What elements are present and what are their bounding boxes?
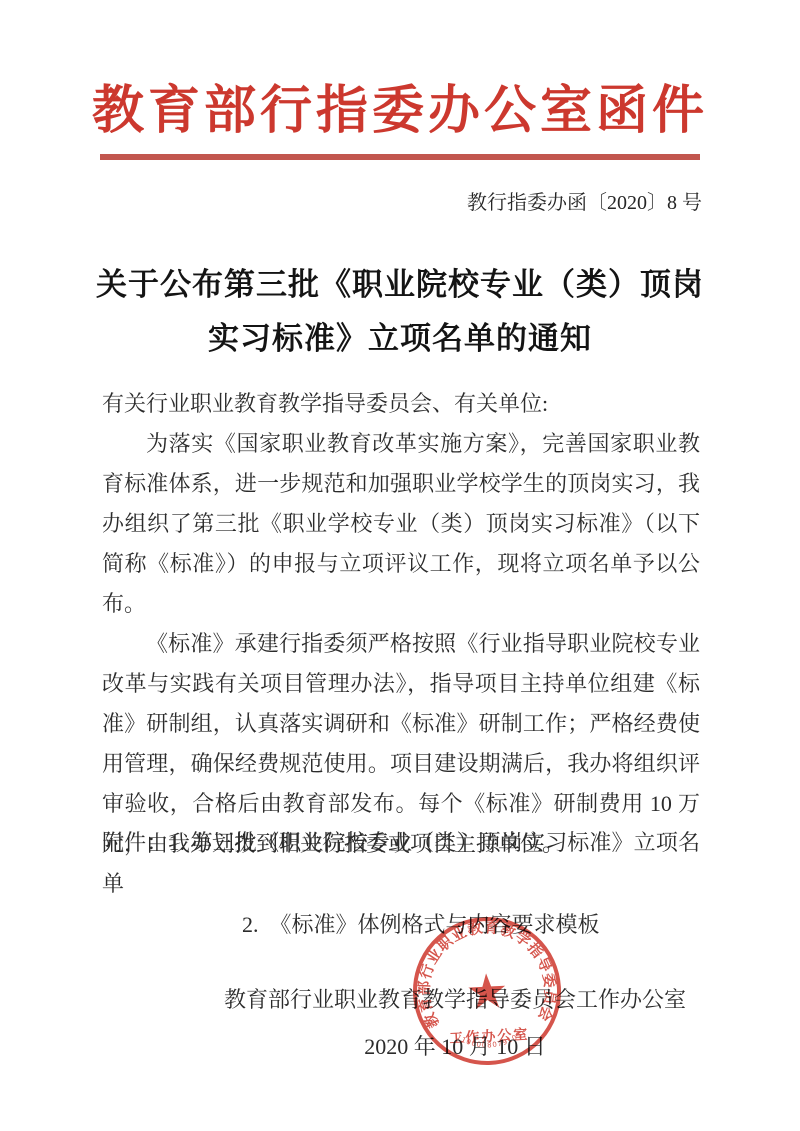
attachment-item-1: 附件：1. 第三批《职业院校专业（类）顶岗实习标准》立项名单 [102,822,700,904]
doc-number: 教行指委办函〔2020〕8 号 [0,186,702,215]
salutation: 有关行业职业教育教学指导委员会、有关单位: [102,384,700,424]
document-title: 关于公布第三批《职业院校专业（类）顶岗 实习标准》立项名单的通知 [0,258,800,366]
body-paragraph-1: 为落实《国家职业教育改革实施方案》，完善国家职业教育标准体系，进一步规范和加强职… [102,424,700,624]
document-page: 教育部行指委办公室函件 教行指委办函〔2020〕8 号 关于公布第三批《职业院校… [0,0,800,1131]
document-title-line2: 实习标准》立项名单的通知 [0,312,800,366]
attachments-label: 附件： [102,830,168,855]
document-title-line1: 关于公布第三批《职业院校专业（类）顶岗 [0,258,800,312]
letterhead-title: 教育部行指委办公室函件 [0,82,800,142]
attachment-item-1-text: 1. 第三批《职业院校专业（类）顶岗实习标准》立项名单 [102,830,700,896]
star-icon: ★ [464,963,510,1021]
letterhead-divider [100,154,700,160]
official-seal: 教育部行业职业教育教学指导委员会 ★ 工作办公室 1100008079103 [401,905,573,1077]
signature-block: 教育部行业职业教育教学指导委员会工作办公室 2020 年 10 月 10 日 [0,976,800,1070]
document-body: 有关行业职业教育教学指导委员会、有关单位: 为落实《国家职业教育改革实施方案》，… [102,384,700,864]
